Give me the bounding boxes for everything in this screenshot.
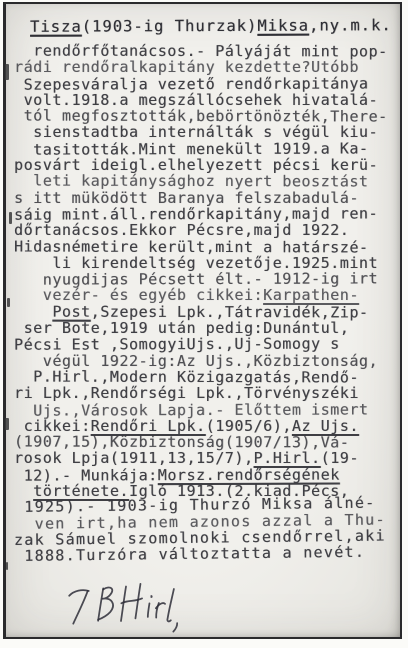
scan-artifact: [9, 212, 12, 224]
handwriting-stroke: [97, 588, 104, 620]
text-segment: [14, 302, 52, 320]
text-line: (1907,15),Közbiztonság(1907/13),Vá-: [14, 434, 400, 451]
text-segment: (1903-ig Thurzak): [82, 17, 258, 36]
scan-artifact: [7, 298, 10, 307]
scanned-index-card: Tisza(1903-ig Thurzak)Miksa,ny.m.k. rend…: [3, 2, 402, 639]
text-line: ri Lpk.,Rendőrségi Lpk.,Törvényszéki: [14, 385, 400, 401]
underlined-text: Miksa: [257, 17, 309, 35]
text-line: dőrtanácsos.Ekkor Pécsre,majd 1922.: [14, 222, 400, 238]
underlined-text: Tisza: [30, 18, 82, 36]
text-line: s itt müködött Baranya felszabadulá-: [14, 190, 400, 206]
scan-artifact: [5, 64, 9, 80]
text-line: P.Hirl.,Modern Közigazgatás,Rendő-: [14, 368, 400, 385]
text-segment: rádi rendőralkapitány kezdette?Utóbb: [14, 58, 359, 76]
text-line: tól megfosztották,bebörtönözték,There-: [14, 108, 400, 125]
handwritten-annotation: [57, 577, 211, 636]
text-segment: dőrtanácsos.Ekkor Pécsre,majd 1922.: [14, 221, 349, 239]
text-line: Post,Szepesi Lpk.,Tátravidék,Zip-: [14, 303, 400, 320]
text-segment: rosok Lpja(1911,13,15/7),: [14, 449, 254, 467]
text-line: ser Bote,1919 után pedig:Dunántul,: [14, 320, 400, 336]
scan-artifact: [6, 562, 8, 570]
text-segment: 1888.Turzóra változtatta a nevét.: [14, 543, 365, 565]
handwriting-stroke: [72, 591, 89, 624]
underlined-text: Karpathen-: [263, 286, 359, 304]
text-line: sienstadtba internálták s végül kiu-: [14, 124, 400, 140]
handwriting-stroke: [156, 603, 166, 608]
text-segment: ,ny.m.k.: [309, 16, 392, 34]
text-line: 1888.Turzóra változtatta a nevét.: [14, 543, 400, 564]
text-line: rosok Lpja(1911,13,15/7),P.Hirl.(19-: [14, 450, 400, 466]
scan-artifact: [5, 418, 9, 430]
text-line: vezér- és egyéb cikkei:Karpathen-: [14, 287, 400, 303]
text-segment: ri Lpk.,Rendőrségi Lpk.,Törvényszéki: [14, 384, 359, 402]
document-title: Tisza(1903-ig Thurzak)Miksa,ny.m.k.: [30, 16, 400, 37]
underlined-text: Post: [52, 302, 90, 320]
typed-body: rendőrfőtanácsos.- Pályáját mint pop-rád…: [6, 43, 400, 565]
underlined-text: Az Ujs.: [292, 417, 359, 435]
text-line: leti kapitánysághoz nyert beosztást: [14, 173, 400, 190]
text-line: végül 1922-ig:Az Ujs.,Közbiztonság,: [14, 353, 400, 369]
handwriting-stroke: [173, 623, 177, 631]
text-line: rádi rendőralkapitány kezdette?Utóbb: [14, 59, 400, 75]
handwriting-stroke: [147, 603, 150, 617]
handwriting-stroke: [166, 589, 175, 621]
text-line: rendőrfőtanácsos.- Pályáját mint pop-: [14, 42, 400, 59]
text-line: Hidasnémetire került,mint a határszé-: [14, 238, 400, 255]
